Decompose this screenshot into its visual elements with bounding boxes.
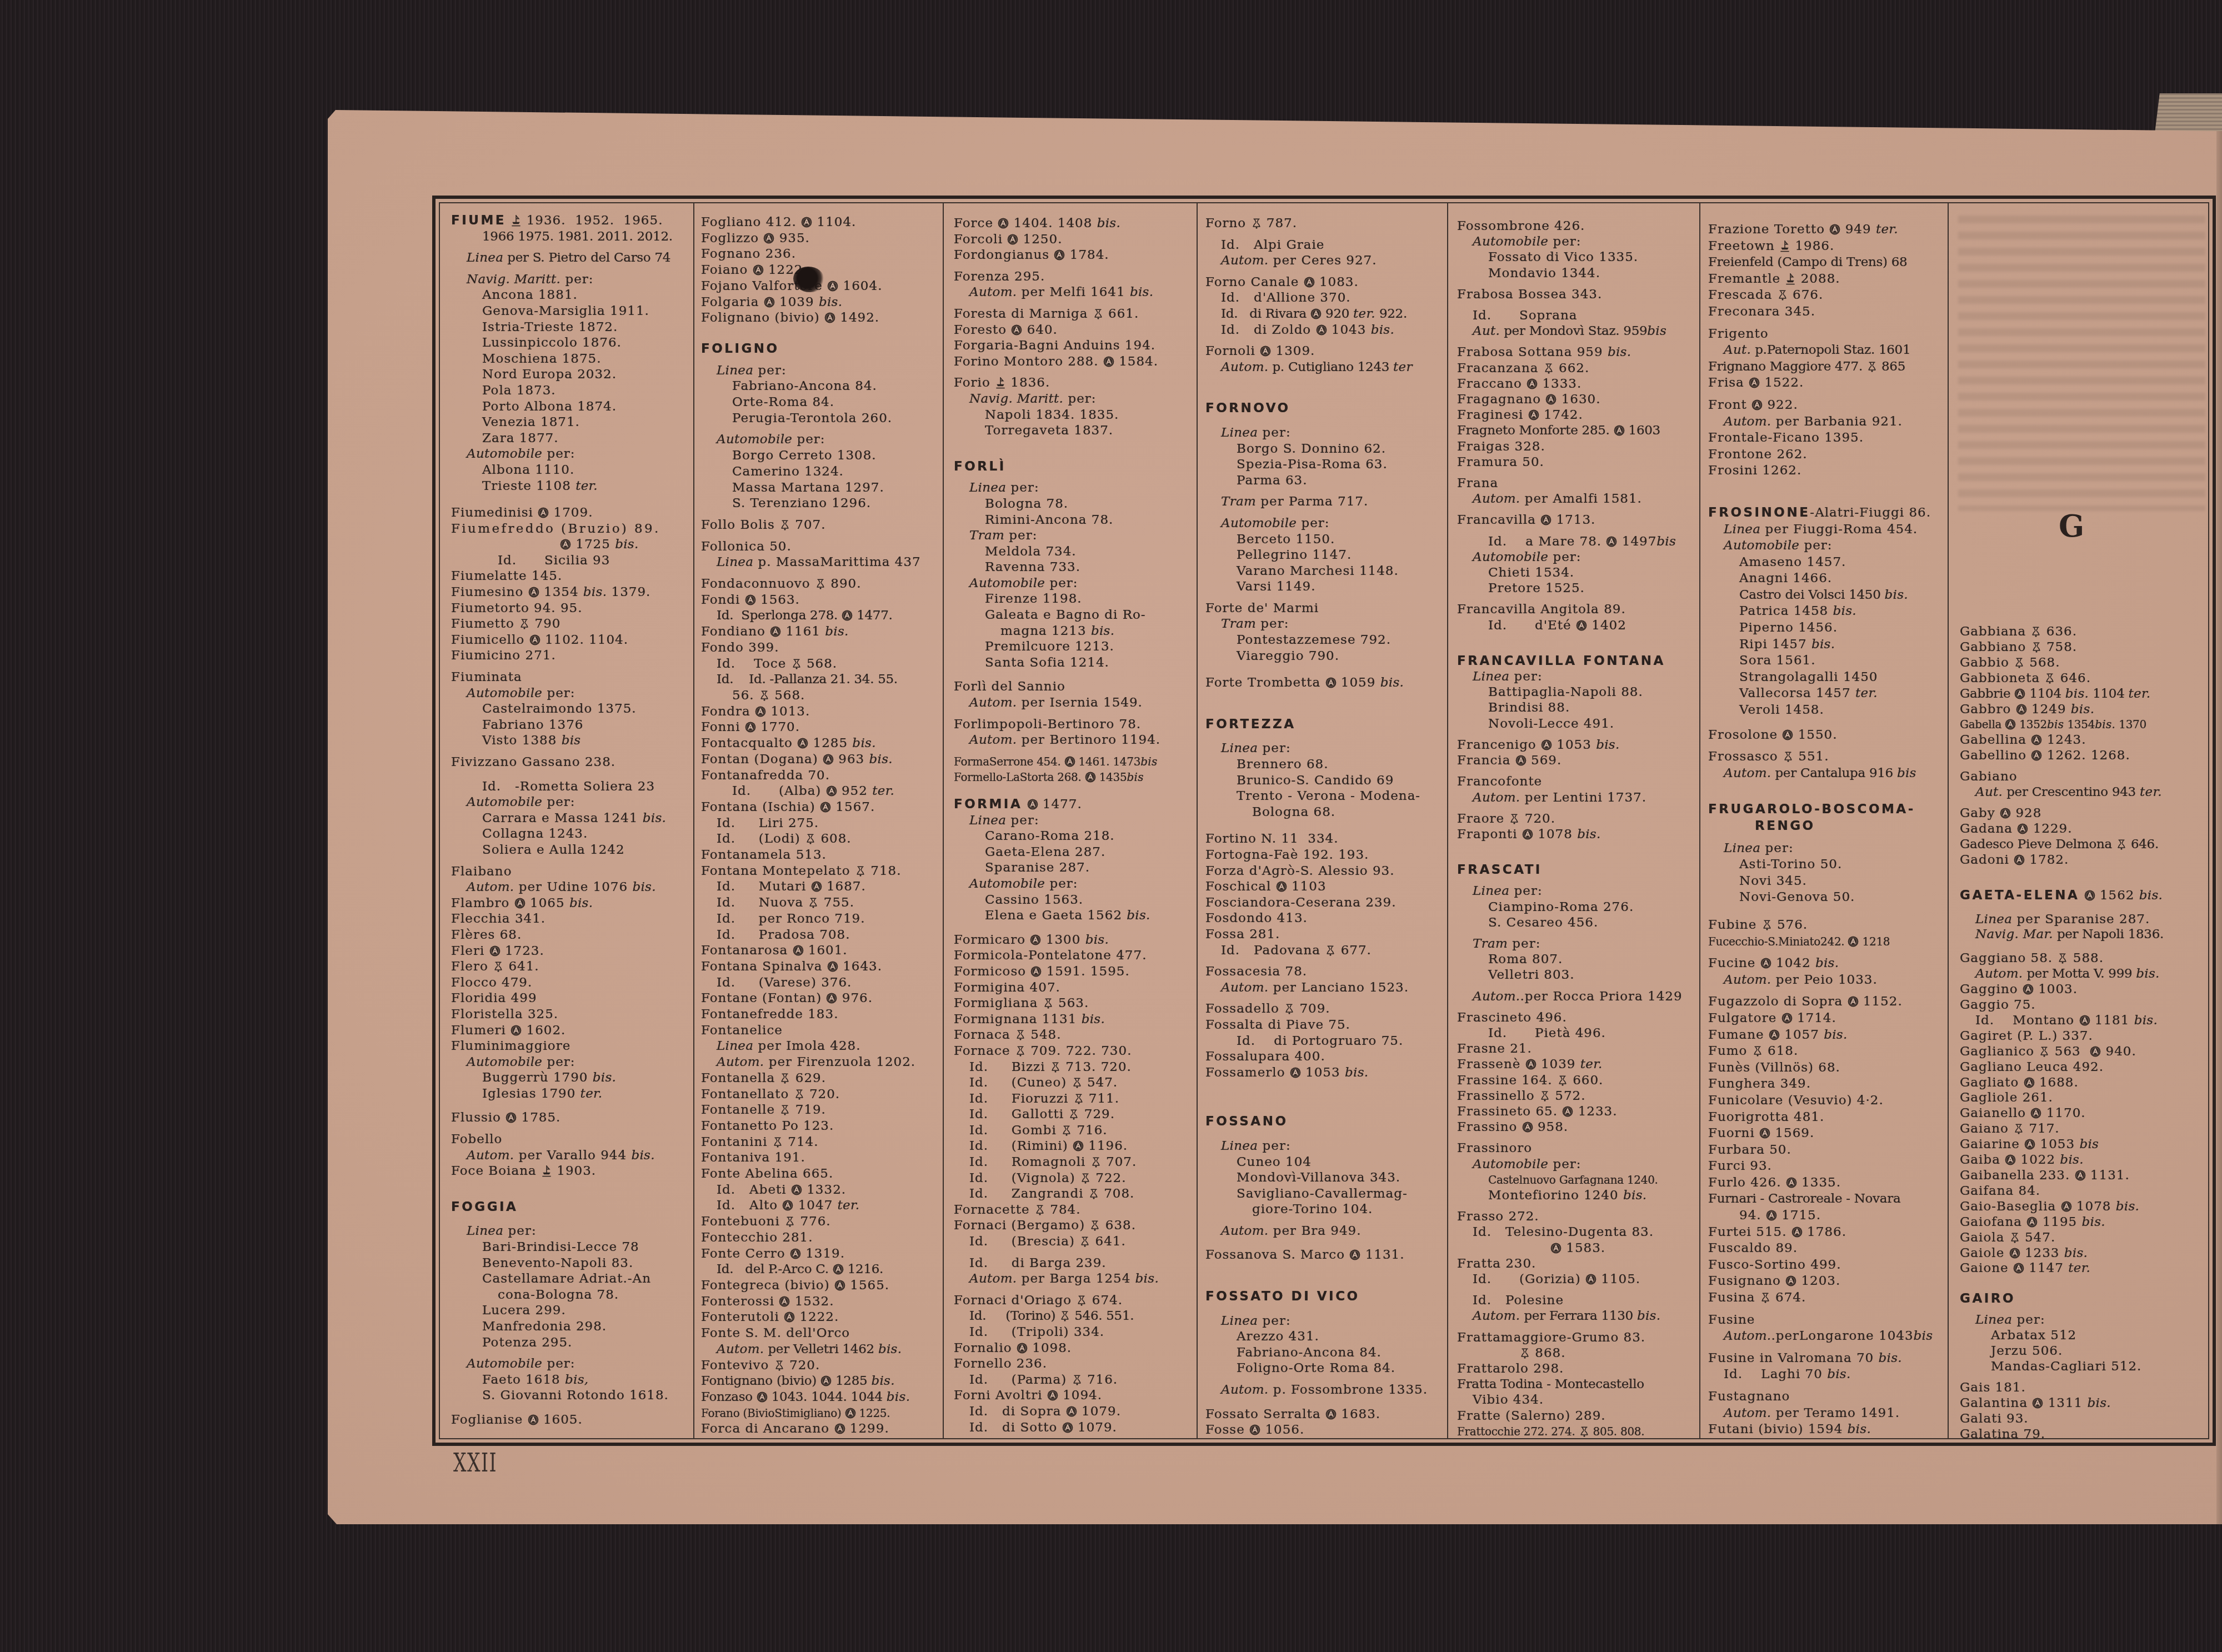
index-entry: Flecchia 341. [451,911,693,927]
entry-text: per Teramo 1491. [1771,1406,1900,1420]
index-subentry: Autom. per Ferrara 1130 bis. [1457,1308,1699,1324]
entry-text: Gabbro [1960,702,2016,717]
automobile-icon [745,722,756,733]
index-entry: Gagliole 261. [1960,1090,2210,1106]
italic-note: bis. [2139,888,2163,903]
automobile-icon [834,1423,845,1434]
italic-note: bis. [2136,967,2159,981]
index-entry: Gabiano [1960,769,2210,785]
index-entry: Francenigo 1053 bis. [1457,737,1699,753]
entry-text: per: [753,363,786,378]
tram-icon [1760,1292,1771,1303]
index-entry: Fossalta di Piave 75. [1205,1017,1447,1033]
index-entry: Fondi 1563. [701,592,943,608]
entry-text: Gabbio [1960,655,2014,670]
automobile-icon [833,1264,844,1275]
index-entry: Forte de' Marmi [1205,600,1447,617]
index-subentry: Autom. per Ceres 927. [1205,253,1447,269]
index-entry: Fondiano 1161 bis. [701,624,943,640]
automobile-icon [1848,996,1859,1007]
italic-note: bis. [1380,675,1404,690]
index-column-6: Frazione Toretto 949 ter.Freetown 1986.F… [1700,222,1948,1443]
entry-text: Fondo 399. [701,640,779,655]
index-subentry: Velletri 803. [1457,967,1699,983]
entry-text: Flecchia 341. [451,912,546,926]
automobile-icon [2000,808,2011,819]
entry-text: Castelraimondo 1375. [482,702,637,716]
italic-note: Autom. [1473,790,1520,805]
index-entry: Fiumicello 1102. 1104. [451,632,693,648]
entry-text: 1309. [1271,344,1315,358]
entry-text: Pellegrino 1147. [1237,548,1352,562]
entry-text: 1250. [1018,232,1062,247]
index-entry: Fogliano 412. 1104. [701,214,943,231]
entry-text: Follo Bolis [701,518,779,532]
entry-text: Forino Montoro 288. [954,354,1103,369]
entry-text: per: [1258,1139,1290,1153]
index-entry: Gaiarine 1053 bis [1960,1137,2210,1153]
italic-note: bis. [643,811,666,825]
entry-text: Foschical [1205,879,1276,894]
automobile-icon [2031,734,2042,745]
entry-text: 588. [2068,951,2104,965]
index-subentry: Soliera e Aulla 1242 [451,842,693,858]
entry-text: Fontanefredde 183. [701,1007,838,1022]
index-subentry: S. Cesareo 456. [1457,915,1699,930]
italic-note: bis. [1811,637,1835,652]
entry-text: per: [1045,877,1078,891]
entry-text: 1022 [2016,1153,2060,1167]
entry-text: Fiumicino 271. [451,648,556,663]
entry-text: Gais 181. [1960,1380,2026,1395]
index-subentry: Linea per: [1205,1138,1447,1154]
index-subentry: Tram per: [954,528,1197,544]
entry-text: 1370 [2115,718,2146,731]
entry-text: Sora 1561. [1739,653,1815,668]
index-entry: Frosini 1262. [1708,463,1948,479]
index-entry: Frattarolo 298. [1457,1361,1699,1376]
entry-text: Fubine [1708,918,1761,932]
entry-text: Iglesias 1790 [482,1087,580,1101]
index-entry: Gabbro 1249 bis. [1960,702,2210,718]
tram-icon [2057,953,2068,964]
entry-text: Gaiarine [1960,1137,2024,1152]
index-subentry: Fabriano 1376 [451,717,693,733]
entry-text: 1903. [552,1164,596,1178]
index-subentry: 56. 568. [701,688,943,704]
entry-text: 1043. 1044. 1044 [768,1390,887,1404]
italic-note: bis. [2134,1013,2158,1028]
automobile-icon [1249,1424,1260,1435]
automobile-icon [811,881,822,892]
italic-note: bis [562,733,581,748]
index-subentry: Trieste 1108 ter. [451,478,693,494]
entry-text: .per Rocca Priora 1429 [1520,989,1682,1004]
index-subentry: Venezia 1871. [451,414,693,430]
italic-note: bis. [1371,323,1394,337]
index-subentry: Bologna 68. [1205,804,1447,820]
tram-icon [808,897,819,908]
index-subentry: Mondovì-Villanova 343. [1205,1170,1447,1186]
italic-note: Automobile [1473,234,1548,249]
entry-text: per: [1548,234,1581,249]
index-entry: Gaifana 84. [1960,1184,2210,1199]
entry-text: Id. di Sopra [969,1404,1066,1419]
entry-text: 1687. [822,879,866,894]
entry-text: Id. Zangrandi [969,1187,1088,1201]
entry-text: 976. [837,991,873,1005]
italic-note: bis. [825,624,848,639]
entry-text: Fogliano 412. [701,215,801,229]
index-subentry: 1725 bis. [451,537,693,553]
entry-text: Fucine [1708,956,1760,970]
entry-text: 1435 [1096,770,1127,784]
entry-text: 868. [1530,1346,1566,1360]
entry-text: Fossacesia 78. [1205,964,1307,979]
tram-icon [1509,813,1520,824]
entry-text: Frosolone [1708,728,1782,742]
index-entry: Fumo 618. [1708,1043,1948,1060]
heading-text: GAIRO [1960,1291,2015,1306]
index-entry: Floridia 499 [451,990,693,1007]
automobile-icon [528,587,539,598]
index-entry: Freconara 345. [1708,304,1948,321]
entry-text: Venezia 1871. [482,415,580,429]
entry-text: Fuorni [1708,1126,1759,1140]
index-entry: Gaione 1147 ter. [1960,1261,2210,1276]
entry-text: 1243. [2042,733,2086,747]
italic-note: bis. [593,1070,616,1085]
index-entry: Folignano (bivio) 1492. [701,310,943,326]
italic-note: Automobile [467,447,542,461]
index-subentry: Autom. per Peio 1033. [1708,972,1948,989]
automobile-icon [1325,1409,1337,1420]
entry-text: Fontevivo [701,1358,774,1373]
index-entry: Fontebuoni 776. [701,1214,943,1230]
entry-text: p. Fossombrone 1335. [1268,1383,1428,1397]
index-entry: Gaby 928 [1960,806,2210,822]
automobile-icon [2024,1077,2035,1088]
index-subentry: Sora 1561. [1708,653,1948,669]
index-entry: Fucecchio-S.Miniato242. 1218 [1708,934,1948,950]
entry-text: Potenza 295. [482,1335,572,1350]
index-entry: Fontane (Fontan) 976. [701,990,943,1007]
ship-icon [1785,272,1796,285]
entry-text: Id. (Brescia) [969,1234,1079,1249]
entry-text: Premilcuore 1213. [985,639,1114,654]
entry-text [1022,797,1027,812]
italic-note: Linea [1473,884,1509,898]
entry-text: per Motta V. 999 [2023,967,2136,981]
entry-text: 1181 [2090,1013,2134,1028]
index-entry: Fonte Abelina 665. [701,1166,943,1182]
entry-text: 547. [2020,1230,2056,1245]
heading-text: FRUGAROLO-BOSCOMA- [1708,802,1915,817]
entry-text: Fusignano [1708,1274,1785,1288]
entry-text: per Udine 1076 [514,880,632,894]
ship-icon [511,214,522,227]
entry-text: Id. Soprana [1473,308,1578,323]
entry-text: 714. [783,1135,819,1149]
tram-icon [1034,1204,1045,1215]
index-entry: Flussio 1785. [451,1110,693,1126]
index-subentry: Battipaglia-Napoli 88. [1457,684,1699,700]
entry-text: Id. (Parma) [969,1373,1072,1387]
index-entry: Galantina 1311 bis. [1960,1396,2210,1411]
index-entry: Fobello [451,1132,693,1148]
index-subentry: Torregaveta 1837. [954,423,1197,439]
entry-text: Fabriano 1376 [482,718,583,732]
italic-note: bis. [1815,956,1839,970]
entry-text: Fraponti [1457,827,1522,842]
index-entry: Flambro 1065 bis. [451,895,693,912]
italic-note: Navig. Maritt. [467,272,560,287]
index-entry: Fiumicino 271. [451,648,693,664]
entry-text: Borgo S. Donnino 62. [1237,442,1386,456]
index-entry: Fontanelice [701,1023,943,1039]
tram-icon [779,519,790,530]
entry-text: Bari-Brindisi-Lecce 78 [482,1240,639,1254]
index-subentry: Castelnuovo Garfagnana 1240. [1457,1172,1699,1188]
automobile-icon [793,945,804,956]
entry-text: Fossato di Vico 1335. [1488,250,1638,264]
entry-text: Id. di Portogruaro 75. [1237,1034,1403,1048]
index-entry: Formignana 1131 bis. [954,1012,1197,1028]
index-entry: Forca di Ancarano 1299. [701,1421,943,1437]
entry-text: Fontanarosa [701,943,793,958]
index-entry: Flero 641. [451,959,693,975]
index-entry: Foresto 640. [954,322,1197,338]
italic-note: bis. [871,1374,894,1388]
entry-text: Id. Alto [717,1198,782,1213]
entry-text: per: [503,1224,536,1238]
entry-text: Frasne 21. [1457,1042,1532,1056]
index-subentry: Linea per: [1205,740,1447,757]
entry-text: 1723. [501,944,544,958]
entry-text: Foce Boiana [451,1164,541,1178]
index-entry: Gadoni 1782. [1960,853,2210,868]
automobile-icon [1760,958,1771,969]
entry-text: Fontegreca (bivio) [701,1278,834,1293]
index-entry: Fossalupara 400. [1205,1049,1447,1065]
entry-text: 640. [1022,323,1058,337]
entry-text: 547. [1083,1075,1118,1090]
entry-text: Gagliole 261. [1960,1090,2053,1105]
italic-note: bis. [819,295,842,309]
italic-note: bis. [2088,1396,2111,1410]
italic-note: bis [1914,1329,1933,1343]
italic-note: bis. [2095,718,2115,731]
index-subentry: Autom. per Cantalupa 916 bis [1708,765,1948,782]
index-subentry: Linea per: [1205,425,1447,441]
entry-text: 920 [1322,307,1353,321]
index-subentry: Id. di Sopra 1079. [954,1404,1197,1420]
entry-text: Zara 1877. [482,431,559,445]
index-subentry: Varsi 1149. [1205,579,1447,595]
entry-text: Fonzaso [701,1390,757,1404]
heading-text: FROSINONE [1708,505,1810,520]
index-subentry: Id. Fioruzzi 711. [954,1091,1197,1107]
index-entry: Fluminimaggiore [451,1038,693,1054]
entry-text: Formigina 407. [954,980,1060,995]
index-subentry: Linea per: [954,813,1197,829]
entry-text: Fontebuoni [701,1214,784,1229]
entry-text: 646. [2055,671,2091,685]
entry-text: Galati 93. [1960,1411,2029,1426]
italic-note: Linea [1221,1314,1258,1328]
entry-text: Ancona 1881. [482,288,578,302]
italic-note: ter [1393,360,1413,374]
index-entry: Gadana 1229. [1960,822,2210,837]
entry-text: Fratte (Salerno) 289. [1457,1409,1606,1423]
entry-text: Fossa 281. [1205,927,1280,942]
index-entry: Follo Bolis 707. [701,517,943,533]
tram-icon [1519,1348,1530,1359]
entry-text: 1986. [1790,239,1834,253]
italic-note: bis. [1885,588,1908,602]
entry-text: Foglianise [451,1413,528,1427]
entry-text: 1249 [2027,702,2071,717]
entry-text: Foresto [954,323,1011,337]
index-subentry: Roma 807. [1457,952,1699,967]
index-subentry: Pellegrino 1147. [1205,547,1447,563]
index-subentry: Autom. p. Cutigliano 1243 ter [1205,359,1447,376]
automobile-icon [753,264,764,276]
entry-text: Galeata e Bagno di Ro- [985,608,1146,622]
entry-text: Fossombrone 426. [1457,219,1585,233]
index-entry: Frigento [1708,326,1948,343]
entry-text: 568. [2025,655,2060,670]
entry-text: 551. [1794,749,1829,764]
page-number: XXII [453,1450,497,1475]
entry-text: 707. [790,518,826,532]
italic-note: Linea [717,555,753,569]
entry-text: 1131. [1360,1248,1404,1262]
index-subentry: Novi 345. [1708,873,1948,890]
tram-icon [1557,1075,1568,1086]
entry-text: Novi-Genova 50. [1739,890,1855,904]
italic-note: bis. [2082,1215,2105,1229]
index-entry: Fornace 709. 722. 730. [954,1043,1197,1059]
index-entry: Folgaria 1039 bis. [701,294,943,311]
entry-text: 576. [1773,918,1808,932]
entry-text: per: [1548,550,1581,564]
automobile-icon [763,233,774,244]
index-subentry: Navig. Maritt. per: [451,272,693,288]
entry-text: Frisa [1708,376,1749,390]
entry-text: Frabosa Bossea 343. [1457,287,1602,302]
entry-text: FormaSerrone 454. [954,755,1064,768]
heading-text: RENGO [1755,819,1815,833]
index-subentry: Brindisi 88. [1457,700,1699,715]
index-entry: Funès (Villnös) 68. [1708,1060,1948,1077]
entry-text: Fontanelle [701,1103,779,1117]
index-subentry: Pretore 1525. [1457,580,1699,596]
index-subentry: Tram per: [1205,616,1447,632]
section-heading: FOSSANO [1205,1114,1447,1130]
automobile-icon [1290,1067,1301,1078]
index-entry: Gabbrie 1104 bis. 1104 ter. [1960,687,2210,702]
italic-note: Autom. [717,1055,764,1069]
entry-text: per Napoli 1836. [2053,927,2164,942]
index-subentry: Premilcuore 1213. [954,639,1197,655]
automobile-icon [1007,234,1018,245]
entry-text: Fraginesi [1457,408,1528,422]
entry-text: Carrara e Massa 1241 [482,811,643,825]
entry-text: Folignano (bivio) [701,311,824,325]
index-subentry: Tram per Parma 717. [1205,494,1447,510]
index-entry: Fiumetto 790 [451,616,693,632]
entry-text: Gabiano [1960,769,2018,784]
entry-text: Frassinoro [1457,1141,1532,1155]
index-entry: Frosolone 1550. [1708,727,1948,744]
entry-text: 1604. [838,279,882,293]
index-subentry: Cuneo 104 [1205,1154,1447,1170]
index-entry: Fraccano 1333. [1457,376,1699,392]
entry-text: 1218 [1859,935,1890,948]
entry-text: 1461. 1473 [1075,755,1141,768]
entry-text: Bologna 68. [1252,805,1335,819]
index-subentry: Navig. Mar. per Napoli 1836. [1960,927,2210,943]
entry-text: Frigento [1708,327,1769,341]
index-entry: Foce Boiana 1903. [451,1163,693,1179]
entry-text: Fiumelatte 145. [451,569,562,583]
index-entry: Gaiola 547. [1960,1230,2210,1246]
index-subentry: Potenza 295. [451,1335,693,1351]
index-entry: Flères 68. [451,927,693,943]
entry-text: 641. [1090,1234,1126,1249]
entry-text: 572. [1550,1089,1586,1103]
entry-text: 1550. [1793,728,1837,742]
automobile-icon [1540,514,1552,525]
tram-icon [1088,1188,1099,1199]
index-entry: Fognano 236. [701,246,943,262]
entry-text: per: [542,1055,575,1069]
italic-note: Linea [969,813,1006,828]
index-subentry: Autom. p. Fossombrone 1335. [1205,1382,1447,1398]
automobile-icon [1062,1422,1073,1433]
index-entry: Gagliano Leuca 492. [1960,1060,2210,1075]
entry-text: per Lanciano 1523. [1268,980,1409,995]
entry-text: 922. [1375,307,1407,321]
italic-note: bis. [1135,1271,1159,1286]
entry-text: Pretore 1525. [1488,581,1585,595]
entry-text: per: [1045,576,1078,590]
entry-text: 1742. [1539,408,1583,422]
entry-text: 958. [1533,1120,1569,1134]
entry-text: Ravenna 733. [985,560,1080,574]
entry-text: Fondi [701,593,745,607]
entry-text: per: [542,447,575,461]
italic-note: Autom. [1221,1224,1268,1238]
entry-text: Fornace [954,1044,1015,1058]
index-entry: Fontevivo 720. [701,1358,943,1374]
entry-text: Folgaria [701,295,764,309]
index-subentry: Automobile per: [954,876,1197,892]
index-subentry: Automobile per: [451,446,693,462]
entry-text: Fugazzolo di Sopra [1708,994,1848,1009]
automobile-icon [834,1280,845,1291]
index-subentry: Id. Montano 1181 bis. [1960,1013,2210,1029]
automobile-icon [2079,1015,2090,1026]
index-subentry: Linea per Imola 428. [701,1038,943,1054]
tram-icon [1073,1093,1084,1104]
index-subentry: Pola 1873. [451,383,693,399]
index-subentry: Massa Martana 1297. [701,480,943,496]
italic-note: bis. [1848,1422,1871,1436]
tram-icon [1068,1109,1079,1120]
index-entry: Gagiret (P. L.) 337. [1960,1029,2210,1044]
